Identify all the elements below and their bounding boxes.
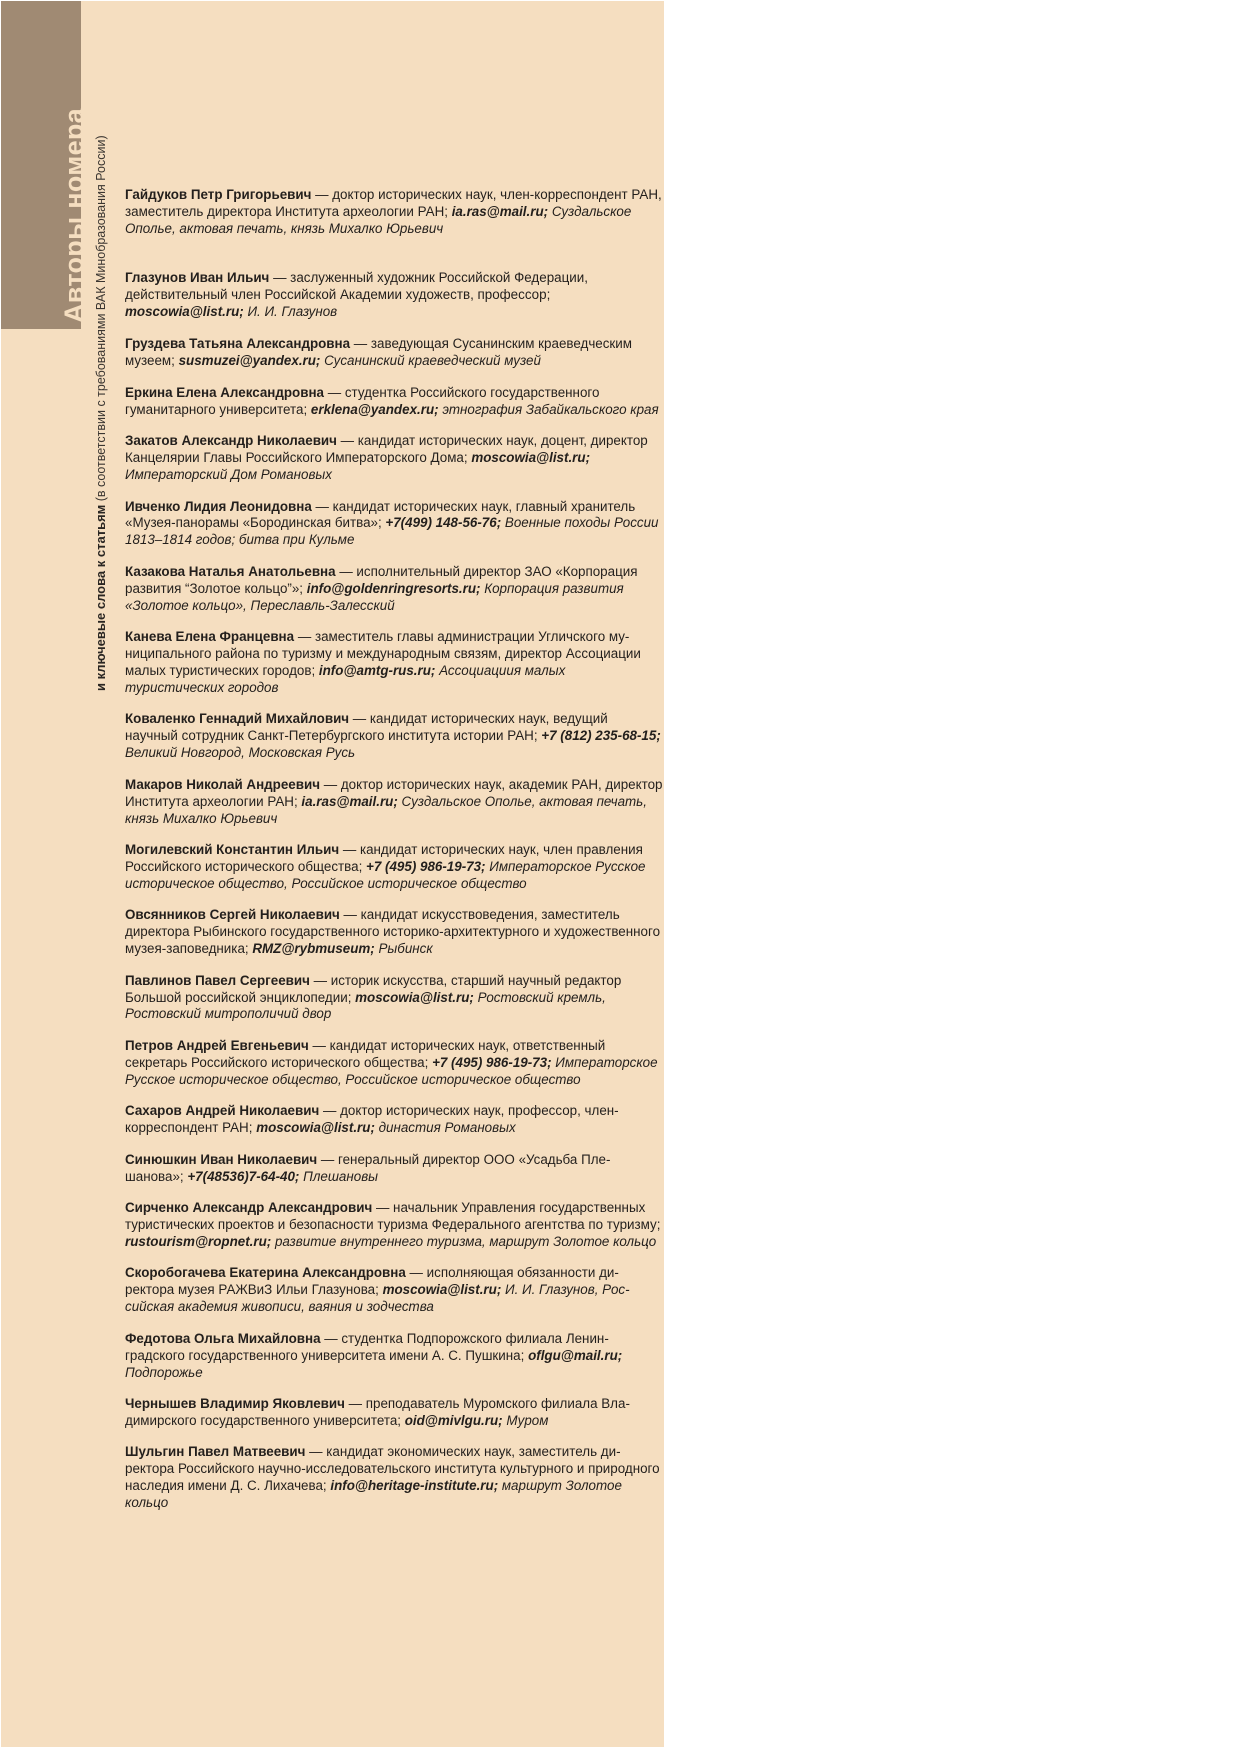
author-contact: ia.ras@mail.ru; (301, 794, 397, 809)
author-entry: Чернышев Владимир Яковлевич — преподават… (125, 1396, 663, 1430)
author-name: Макаров Николай Андреевич (125, 777, 320, 792)
author-contact: rustourism@ropnet.ru; (125, 1234, 271, 1249)
author-keywords: Императорский Дом Романовых (125, 467, 332, 482)
author-entry: Петров Андрей Евгеньевич — кандидат исто… (125, 1038, 663, 1089)
author-entry: Овсянников Сергей Николаевич — кандидат … (125, 907, 663, 958)
author-keywords: Великий Новгород, Московская Русь (125, 745, 355, 760)
author-name: Канева Елена Францевна (125, 629, 294, 644)
author-contact: +7(48536)7-64-40; (187, 1169, 299, 1184)
author-entry: Груздева Татьяна Александровна — заведую… (125, 336, 663, 370)
section-subtitle-note: (в соответствии с требованиями ВАК Миноб… (94, 135, 108, 504)
author-name: Могилевский Константин Ильич (125, 842, 339, 857)
author-name: Коваленко Геннадий Михайлович (125, 711, 349, 726)
author-entry: Синюшкин Иван Николаевич — генеральный д… (125, 1152, 663, 1186)
author-contact: info@heritage-institute.ru; (330, 1478, 498, 1493)
author-contact: +7(499) 148-56-76; (385, 515, 501, 530)
author-keywords: этнография Забайкальско­го края (439, 402, 659, 417)
author-entry: Могилевский Константин Ильич — кандидат … (125, 842, 663, 893)
author-contact: oflgu@mail.ru; (528, 1348, 622, 1363)
author-entry: Глазунов Иван Ильич — заслуженный художн… (125, 270, 663, 321)
document-page: Авторы номера и ключевые слова к статьям… (1, 1, 664, 1747)
author-entry: Коваленко Геннадий Михайлович — кандидат… (125, 711, 663, 762)
author-contact: moscowia@list.ru; (256, 1120, 375, 1135)
author-entry: Закатов Александр Николаевич — кандидат … (125, 433, 663, 484)
author-name: Федотова Ольга Михайловна (125, 1331, 321, 1346)
author-name: Казакова Наталья Анатольевна (125, 564, 336, 579)
author-contact: info@amtg-rus.ru; (319, 663, 435, 678)
author-contact: RMZ@rybmuseum; (252, 941, 374, 956)
author-contact: moscowia@list.ru; (471, 450, 590, 465)
author-contact: info@goldenringresorts.ru; (307, 581, 481, 596)
author-contact: ia.ras@mail.ru; (452, 204, 548, 219)
author-entry: Скоробогачева Екатерина Александровна — … (125, 1265, 663, 1316)
author-name: Груздева Татьяна Александровна (125, 336, 350, 351)
author-name: Глазунов Иван Ильич (125, 270, 269, 285)
section-subtitle-main: и ключевые слова к статьям (93, 505, 108, 691)
author-contact: +7 (495) 986-19-73; (366, 859, 485, 874)
author-entry: Сахаров Андрей Николаевич — доктор истор… (125, 1103, 663, 1137)
author-contact: +7 (812) 235-68-15; (541, 728, 660, 743)
author-entry: Шульгин Павел Матвеевич — кандидат эконо… (125, 1444, 663, 1512)
author-name: Павлинов Павел Сергеевич (125, 973, 310, 988)
author-entry: Сирченко Александр Александрович — начал… (125, 1200, 663, 1251)
author-entry: Ивченко Лидия Леонидовна — кандидат исто… (125, 499, 663, 550)
author-entry: Гайдуков Петр Григорьевич — доктор истор… (125, 187, 663, 238)
author-entry: Федотова Ольга Михайловна — студентка По… (125, 1331, 663, 1382)
author-keywords: Муром (503, 1413, 549, 1428)
author-name: Петров Андрей Евгеньевич (125, 1038, 309, 1053)
section-subtitle: и ключевые слова к статьям (в соответств… (93, 135, 109, 691)
author-name: Гайдуков Петр Григорьевич (125, 187, 311, 202)
author-name: Чернышев Владимир Яковлевич (125, 1396, 345, 1411)
author-contact: erklena@yandex.ru; (311, 402, 439, 417)
author-name: Сирченко Александр Александрович (125, 1200, 372, 1215)
author-keywords: развитие внутреннего туризма, марш­рут З… (271, 1234, 656, 1249)
author-contact: oid@mivlgu.ru; (405, 1413, 503, 1428)
section-title: Авторы номера (59, 108, 89, 323)
author-entry: Павлинов Павел Сергеевич — историк искус… (125, 973, 663, 1024)
author-keywords: Плешановы (299, 1169, 378, 1184)
author-contact: moscowia@list.ru; (383, 1282, 502, 1297)
author-keywords: И. И. Глазунов (244, 304, 337, 319)
author-name: Синюшкин Иван Николаевич (125, 1152, 317, 1167)
author-keywords: Рыбинск (375, 941, 433, 956)
author-name: Закатов Александр Николаевич (125, 433, 337, 448)
author-name: Овсянников Сергей Николаевич (125, 907, 340, 922)
author-contact: +7 (495) 986-19-73; (432, 1055, 551, 1070)
author-entry: Казакова Наталья Анатольевна — исполните… (125, 564, 663, 615)
author-entry: Еркина Елена Александровна — студентка Р… (125, 385, 663, 419)
author-contact: moscowia@list.ru; (125, 304, 244, 319)
author-name: Еркина Елена Александровна (125, 385, 324, 400)
author-contact: moscowia@list.ru; (355, 990, 474, 1005)
author-name: Сахаров Андрей Николаевич (125, 1103, 319, 1118)
author-name: Скоробогачева Екатерина Александровна (125, 1265, 406, 1280)
author-keywords: Сусанинский краеведческий музей (320, 353, 541, 368)
author-entry: Канева Елена Францевна — заместитель гла… (125, 629, 663, 697)
author-contact: susmuzei@yandex.ru; (179, 353, 321, 368)
author-name: Шульгин Павел Матвеевич (125, 1444, 305, 1459)
author-name: Ивченко Лидия Леонидовна (125, 499, 312, 514)
author-keywords: Подпорожье (125, 1365, 203, 1380)
authors-list: Гайдуков Петр Григорьевич — доктор истор… (125, 187, 663, 1527)
author-keywords: династия Романовых (375, 1120, 516, 1135)
author-entry: Макаров Николай Андреевич — доктор истор… (125, 777, 663, 828)
